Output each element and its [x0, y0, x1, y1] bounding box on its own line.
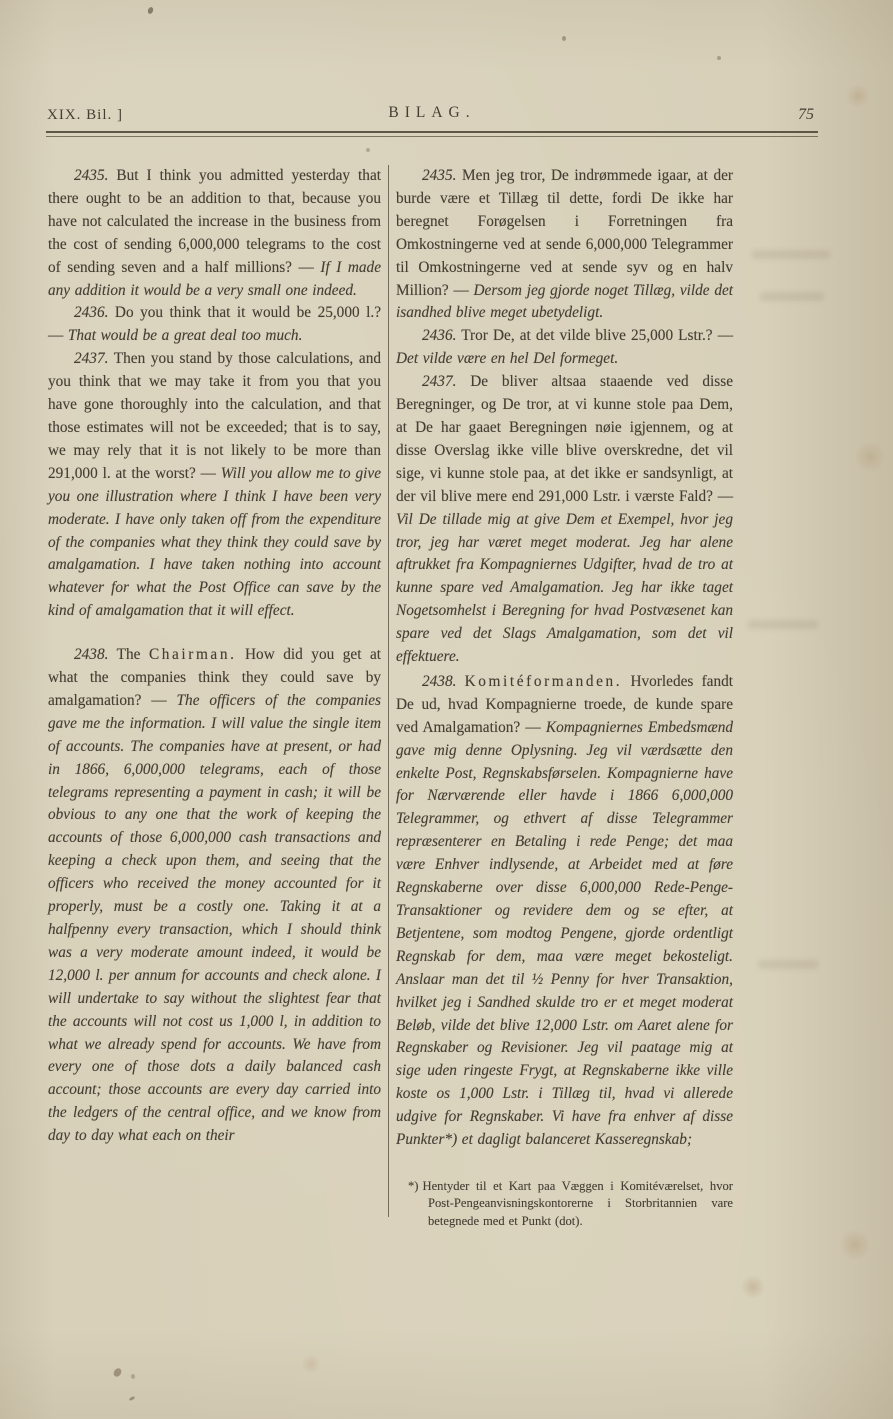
paragraph: 2436. Do you think that it would be 25,0… [48, 302, 381, 348]
paper-speck [112, 1367, 123, 1378]
paper-stain [855, 440, 885, 474]
text-run-num: 2438. [74, 646, 108, 663]
header-double-rule [46, 131, 818, 137]
paragraph: 2435. Men jeg tror, De indrømmede igaar,… [396, 165, 733, 325]
paragraph: 2435. But I think you admitted yesterday… [48, 165, 381, 302]
paper-speck [717, 56, 721, 60]
paragraph: 2437. De bliver altsaa staaende ved diss… [396, 371, 733, 669]
show-through-smudge [758, 960, 818, 969]
text-run-roman: The [108, 646, 149, 663]
paper-speck [129, 1396, 136, 1402]
text-run-italic: Kompagniernes Embedsmænd gave mig denne … [396, 719, 733, 1148]
paper-stain [838, 1230, 872, 1260]
show-through-smudge [760, 292, 824, 301]
page-title: BILAG. [46, 104, 818, 122]
column-danish: 2435. Men jeg tror, De indrømmede igaar,… [396, 165, 733, 1230]
paper-stain [300, 1355, 322, 1373]
text-run-italic: That would be a great deal too much. [68, 327, 302, 344]
text-run-spaced: Komitéformanden. [465, 673, 623, 690]
text-run-italic: Det vilde være en hel Del formeget. [396, 350, 618, 367]
text-run-roman [456, 673, 464, 690]
text-run-roman: Tror De, at det vilde blive 25,000 Lstr.… [456, 327, 733, 344]
text-run-roman: Then you stand by those calculations, an… [48, 350, 381, 482]
text-run-italic: The officers of the companies gave me th… [48, 692, 381, 1144]
paper-speck [131, 1374, 135, 1379]
paper-speck [147, 6, 154, 14]
text-run-roman: Men jeg tror, De indrømmede igaar, at de… [396, 167, 733, 299]
paper-speck [366, 148, 370, 152]
show-through-smudge [748, 620, 818, 629]
footnote-text: Hentyder til et Kart paa Væggen i Komité… [423, 1179, 734, 1228]
text-block: 2435. But I think you admitted yesterday… [48, 165, 733, 1230]
text-run-num: 2435. [422, 167, 456, 184]
paper-stain [845, 85, 871, 107]
text-run-num: 2438. [422, 673, 456, 690]
paper-speck [562, 36, 566, 41]
text-run-italic: Will you allow me to give you one illust… [48, 465, 381, 619]
text-run-roman: De bliver altsaa staaende ved disse Bere… [396, 373, 733, 505]
text-run-num: 2435. [74, 167, 108, 184]
text-run-num: 2437. [422, 373, 456, 390]
text-run-num: 2436. [422, 327, 456, 344]
column-danish-paragraphs: 2435. Men jeg tror, De indrømmede igaar,… [396, 165, 733, 1152]
text-run-spaced: Chairman. [149, 646, 237, 663]
column-divider-rule [388, 165, 389, 1217]
paragraph: 2436. Tror De, at det vilde blive 25,000… [396, 325, 733, 371]
column-english: 2435. But I think you admitted yesterday… [48, 165, 381, 1148]
show-through-smudge [752, 250, 830, 259]
scanned-document-page: XIX. Bil. ] BILAG. 75 2435. But I think … [0, 0, 893, 1419]
paragraph: 2437. Then you stand by those calculatio… [48, 348, 381, 623]
page-number: 75 [798, 106, 814, 124]
footnote-marker: *) [408, 1179, 419, 1193]
text-run-italic: Vil De tillade mig at give Dem et Exempe… [396, 511, 733, 665]
text-run-num: 2437. [74, 350, 108, 367]
paper-stain [740, 1275, 766, 1299]
text-run-num: 2436. [74, 304, 108, 321]
paragraph: 2438. The Chairman. How did you get at w… [48, 644, 381, 1148]
paragraph: 2438. Komitéformanden. Hvorledes fandt D… [396, 671, 733, 1152]
footnote: *)Hentyder til et Kart paa Væggen i Komi… [408, 1178, 733, 1231]
column-english-paragraphs: 2435. But I think you admitted yesterday… [48, 165, 381, 1148]
